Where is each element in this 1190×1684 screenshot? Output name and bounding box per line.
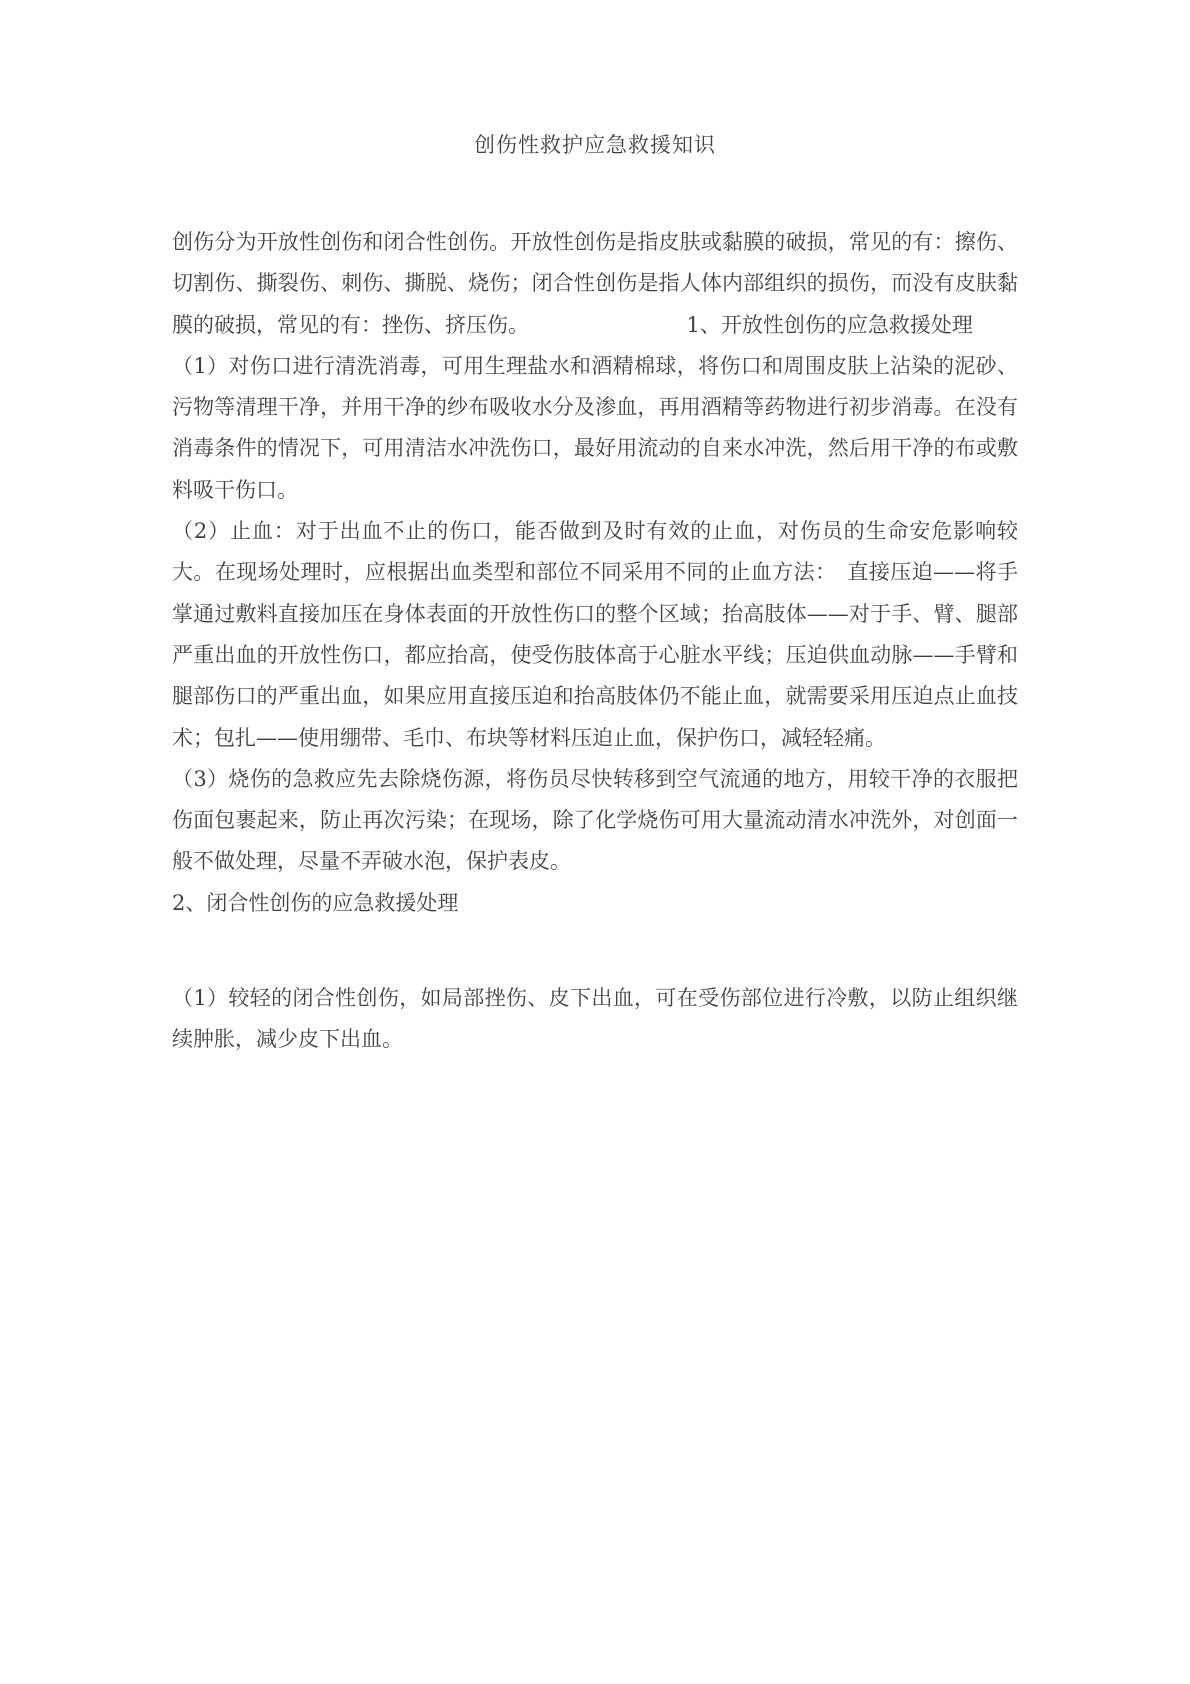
blank-line xyxy=(172,924,1018,978)
document-page: 创伤性救护应急救援知识 创伤分为开放性创伤和闭合性创伤。开放性创伤是指皮肤或黏膜… xyxy=(0,0,1190,1684)
document-title: 创伤性救护应急救援知识 xyxy=(0,0,1190,166)
paragraph-closed-wound-heading: 2、闭合性创伤的应急救援处理 xyxy=(172,883,1018,924)
document-body: 创伤分为开放性创伤和闭合性创伤。开放性创伤是指皮肤或黏膜的破损，常见的有：擦伤、… xyxy=(172,222,1018,1061)
paragraph-intro: 创伤分为开放性创伤和闭合性创伤。开放性创伤是指皮肤或黏膜的破损，常见的有：擦伤、… xyxy=(172,222,1018,346)
paragraph-closed-wound-step1: （1）较轻的闭合性创伤，如局部挫伤、皮下出血，可在受伤部位进行冷敷，以防止组织继… xyxy=(172,978,1018,1061)
paragraph-open-wound-step2: （2）止血：对于出血不止的伤口，能否做到及时有效的止血，对伤员的生命安危影响较大… xyxy=(172,511,1018,759)
paragraph-open-wound-step1: （1）对伤口进行清洗消毒，可用生理盐水和酒精棉球，将伤口和周围皮肤上沾染的泥砂、… xyxy=(172,346,1018,511)
paragraph-open-wound-step3: （3）烧伤的急救应先去除烧伤源，将伤员尽快转移到空气流通的地方，用较干净的衣服把… xyxy=(172,759,1018,883)
